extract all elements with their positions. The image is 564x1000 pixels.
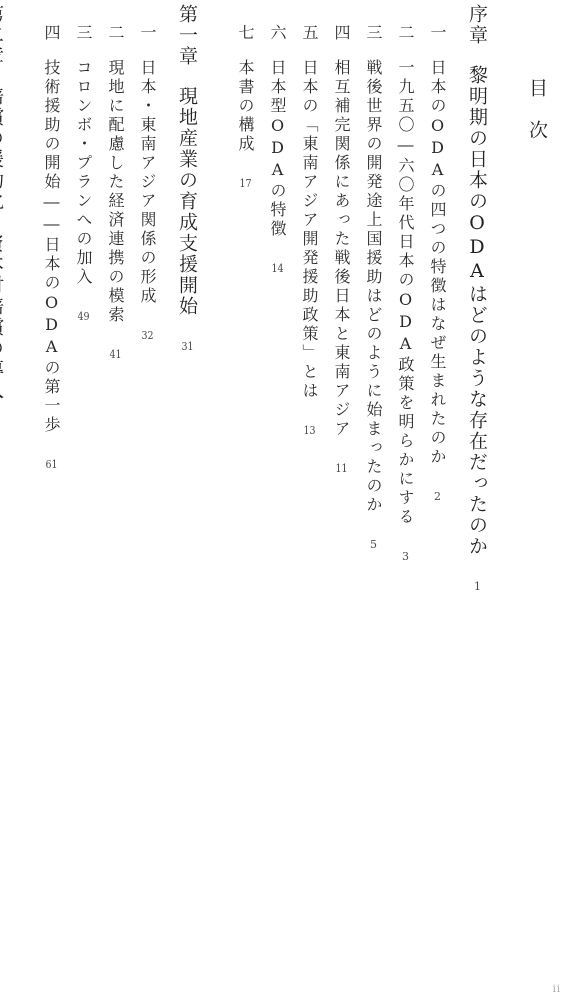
entry-title: 現地産業の育成支援開始 [176,86,198,317]
entry-label: 四 [332,24,351,43]
toc-entry-item: 二現地に配慮した経済連携の模索41 [99,4,131,979]
entry-title: 日本のODAの四つの特徴はなぜ生まれたのか [428,59,447,467]
entry-label: 二 [396,24,415,43]
entry-label: 五 [300,24,319,43]
entry-label: 三 [364,24,383,43]
entry-title: 現地に配慮した経済連携の模索 [106,59,125,325]
entry-label: 第一章 [176,4,198,67]
entry-label: 一 [138,24,157,43]
entry-title: 一九五〇―六〇年代日本のODA政策を明らかにする [396,59,415,527]
toc-entry-item: 三戦後世界の開発途上国援助はどのように始まったのか5 [357,4,389,979]
entry-label: 三 [74,24,93,43]
entry-page-number: 13 [303,425,316,436]
entry-title: 日本型ODAの特徴 [268,59,287,239]
entry-label: 二 [106,24,125,43]
entry-title: 技術援助の開始――日本のODAの第一歩 [42,59,61,435]
book-page: 目 次 序章黎明期の日本のODAはどのような存在だったのか1 一日本のODAの四… [0,0,564,1000]
entry-page-number: 1 [471,581,484,592]
entry-title: 日本の「東南アジア開発援助政策」とは [300,59,319,401]
entry-page-number: 49 [77,311,90,322]
entry-label: 七 [236,24,255,43]
entry-title: 日本・東南アジア関係の形成 [138,59,157,306]
toc-entry-item: 一日本のODAの四つの特徴はなぜ生まれたのか2 [421,4,453,979]
toc-entry-item: 四相互補完関係にあった戦後日本と東南アジア11 [325,4,357,979]
entry-label: 一 [428,24,447,43]
toc-entry-chapter: 序章黎明期の日本のODAはどのような存在だったのか1 [459,4,495,979]
toc-entry-item: 七本書の構成17 [229,4,261,979]
toc-entry-item: 四技術援助の開始――日本のODAの第一歩61 [35,4,67,979]
toc-entry-item: 二一九五〇―六〇年代日本のODA政策を明らかにする3 [389,4,421,979]
entry-title: 本書の構成 [236,59,255,154]
entry-label: 四 [42,24,61,43]
entry-page-number: 61 [45,459,58,470]
entry-title: 黎明期の日本のODAはどのような存在だったのか [466,65,488,557]
toc-entry-item: 三コロンボ・プランへの加入49 [67,4,99,979]
entry-page-number: 3 [399,551,412,562]
toc-entry-item: 一日本・東南アジア関係の形成32 [131,4,163,979]
entry-title: 戦後世界の開発途上国援助はどのように始まったのか [364,59,383,515]
entry-label: 六 [268,24,287,43]
entry-title: 賠償の援助化と資本財賠償の導入 [0,86,4,401]
entry-page-number: 17 [239,178,252,189]
toc-entry-item: 六日本型ODAの特徴14 [261,4,293,979]
entry-label: 序章 [466,4,488,46]
entry-page-number: 32 [141,330,154,341]
table-of-contents: 目 次 序章黎明期の日本のODAはどのような存在だったのか1 一日本のODAの四… [6,4,554,979]
toc-entry-chapter: 第二章賠償の援助化と資本財賠償の導入73 [0,4,11,979]
entry-title: コロンボ・プランへの加入 [74,59,93,287]
entry-page-number: 14 [271,263,284,274]
entry-title: 相互補完関係にあった戦後日本と東南アジア [332,59,351,439]
entry-page-number: 11 [335,463,348,474]
entry-page-number: 2 [431,491,444,502]
toc-entry-item: 五日本の「東南アジア開発援助政策」とは13 [293,4,325,979]
entry-page-number: 41 [109,349,122,360]
entry-label: 第二章 [0,4,4,67]
entry-page-number: 31 [181,341,194,352]
toc-title: 目 次 [519,4,554,979]
entry-page-number: 5 [367,539,380,550]
toc-entry-chapter: 第一章現地産業の育成支援開始31 [169,4,205,979]
folio-page-number: ii [553,984,561,995]
